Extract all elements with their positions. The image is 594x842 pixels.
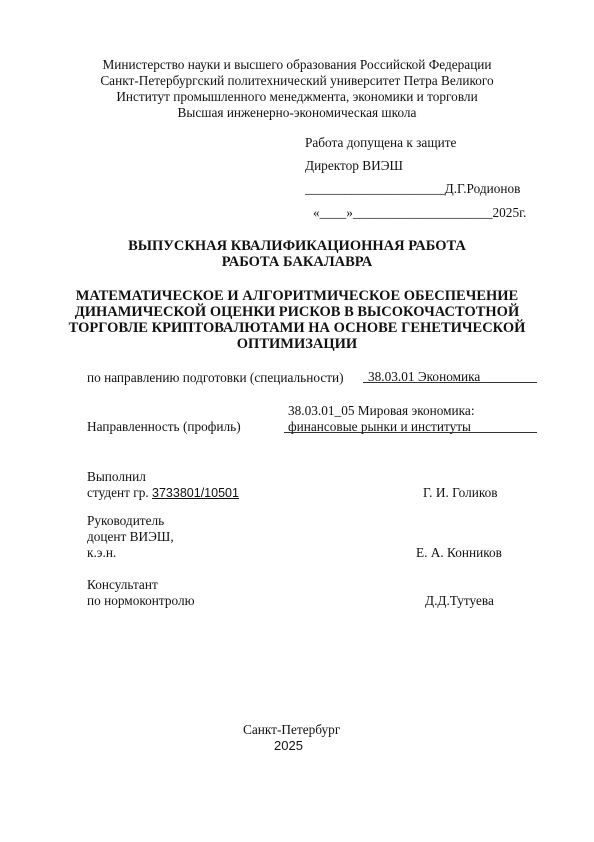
university-line: Санкт-Петербургский политехнический унив… xyxy=(0,73,594,89)
consultant-role: по нормоконтролю xyxy=(87,593,195,609)
thesis-topic: МАТЕМАТИЧЕСКОЕ И АЛГОРИТМИЧЕСКОЕ ОБЕСПЕЧ… xyxy=(0,288,594,352)
approval-admitted: Работа допущена к защите xyxy=(305,135,456,151)
organization-header: Министерство науки и высшего образования… xyxy=(0,57,594,121)
supervisor-label: Руководитель xyxy=(87,513,164,529)
approval-date-line: «____»_____________________2025г. xyxy=(313,205,526,221)
work-type-line-1: ВЫПУСКНАЯ КВАЛИФИКАЦИОННАЯ РАБОТА xyxy=(0,238,594,254)
supervisor-position: доцент ВИЭШ, xyxy=(87,529,174,545)
approval-position: Директор ВИЭШ xyxy=(305,158,403,174)
profile-underline xyxy=(284,432,537,433)
supervisor-name: Е. А. Конников xyxy=(416,545,502,561)
topic-line-3: ТОРГОВЛЕ КРИПТОВАЛЮТАМИ НА ОСНОВЕ ГЕНЕТИ… xyxy=(0,320,594,336)
performer-group-prefix: студент гр. xyxy=(87,485,152,500)
topic-line-1: МАТЕМАТИЧЕСКОЕ И АЛГОРИТМИЧЕСКОЕ ОБЕСПЕЧ… xyxy=(0,288,594,304)
performer-group-row: студент гр. 3733801/10501 xyxy=(87,485,239,501)
institute-line: Институт промышленного менеджмента, экон… xyxy=(0,89,594,105)
work-type-line-2: РАБОТА БАКАЛАВРА xyxy=(0,254,594,270)
consultant-name: Д.Д.Тутуева xyxy=(425,593,494,609)
consultant-label: Консультант xyxy=(87,577,158,593)
school-line: Высшая инженерно-экономическая школа xyxy=(0,105,594,121)
direction-label: по направлению подготовки (специальности… xyxy=(87,370,344,386)
footer-city: Санкт-Петербург xyxy=(243,722,340,738)
direction-underline xyxy=(363,382,537,383)
ministry-line: Министерство науки и высшего образования… xyxy=(0,57,594,73)
performer-name: Г. И. Голиков xyxy=(423,485,498,501)
performer-label: Выполнил xyxy=(87,469,146,485)
topic-line-4: ОПТИМИЗАЦИИ xyxy=(0,336,594,352)
footer-year: 2025 xyxy=(274,738,303,753)
group-number: 3733801/10501 xyxy=(152,486,239,500)
work-type-title: ВЫПУСКНАЯ КВАЛИФИКАЦИОННАЯ РАБОТА РАБОТА… xyxy=(0,238,594,270)
profile-value-line-1: 38.03.01_05 Мировая экономика: xyxy=(288,403,475,419)
director-name: Д.Г.Родионов xyxy=(445,181,521,196)
topic-line-2: ДИНАМИЧЕСКОЙ ОЦЕНКИ РИСКОВ В ВЫСОКОЧАСТО… xyxy=(0,304,594,320)
supervisor-degree: к.э.н. xyxy=(87,545,116,561)
profile-label: Направленность (профиль) xyxy=(87,419,241,435)
signature-line: _____________________ xyxy=(305,181,445,196)
director-signature-row: _____________________Д.Г.Родионов xyxy=(305,181,520,197)
